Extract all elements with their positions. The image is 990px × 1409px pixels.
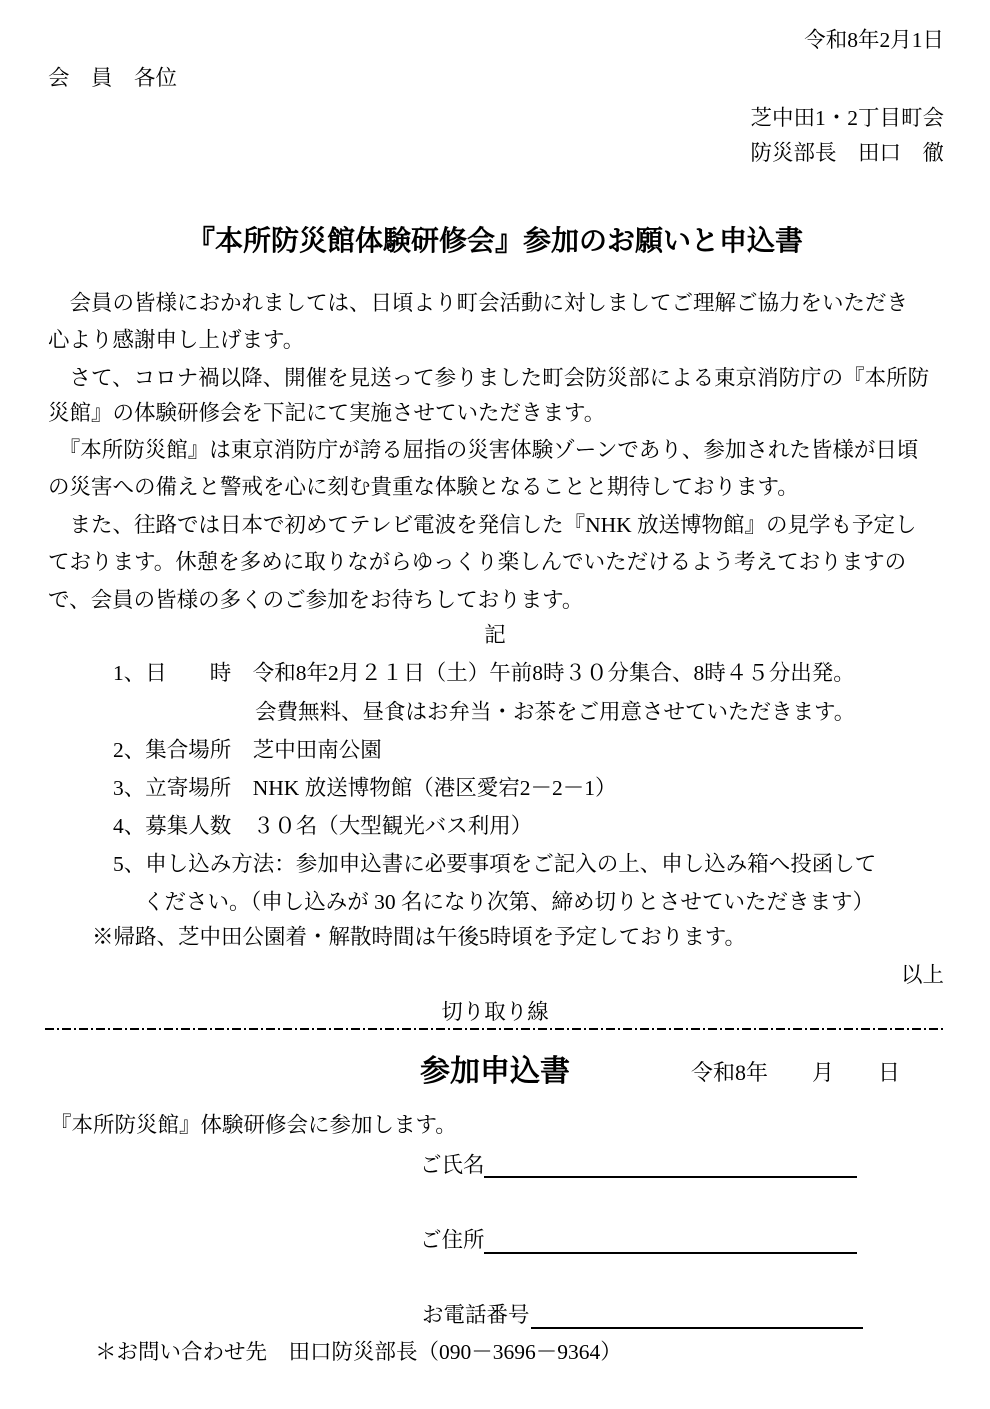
note-line: ※帰路、芝中田公園着・解散時間は午後5時頃を予定しております。 [92, 922, 746, 952]
body-line: の災害への備えと警戒を心に刻む貴重な体験となることと期待しております。 [48, 472, 799, 502]
phone-label: お電話番号 [422, 1300, 530, 1330]
list-line: 会費無料、昼食はお弁当・お茶をご用意させていただきます。 [255, 697, 855, 727]
contact-info: ＊お問い合わせ先 田口防災部長（090－3696－9364） [95, 1337, 622, 1367]
body-line: 『本所防災館』は東京消防庁が誇る屈指の災害体験ゾーンであり、参加された皆様が日頃 [48, 435, 918, 465]
organization: 芝中田1・2丁目町会 [750, 103, 944, 133]
list-line: 5、申し込み方法：参加申込書に必要事項をご記入の上、申し込み箱へ投函して [113, 849, 876, 879]
sender: 防災部長 田口 徹 [750, 138, 944, 168]
recipient: 会 員 各位 [48, 63, 177, 93]
issue-date: 令和8年2月1日 [804, 25, 944, 55]
closing: 以上 [901, 960, 944, 990]
cutline-label: 切り取り線 [0, 997, 990, 1027]
body-line: ております。休憩を多めに取りながらゆっくり楽しんでいただけるよう考えておりますの [48, 547, 906, 577]
list-line: ください。（申し込みが 30 名になり次第、締め切りとさせていただきます） [143, 887, 874, 917]
body-line: で、会員の皆様の多くのご参加をお待ちしております。 [48, 585, 583, 615]
participation-statement: 『本所防災館』体験研修会に参加します。 [50, 1110, 457, 1140]
body-line: また、往路では日本で初めてテレビ電波を発信した『NHK 放送博物館』の見学も予定… [48, 510, 917, 540]
phone-field-line [531, 1327, 863, 1329]
record-marker: 記 [0, 620, 990, 650]
body-line: 心より感謝申し上げます。 [48, 325, 304, 355]
body-line: 災館』の体験研修会を下記にて実施させていただきます。 [48, 398, 605, 428]
list-line: 4、募集人数 ３０名（大型観光バス利用） [113, 811, 532, 841]
form-date: 令和8年 月 日 [691, 1058, 900, 1088]
name-label: ご氏名 [420, 1150, 485, 1180]
cutline-rule [45, 1028, 945, 1030]
body-line: さて、コロナ禍以降、開催を見送って参りました町会防災部による東京消防庁の『本所防 [48, 363, 929, 393]
list-line: 1、日 時 令和8年2月２１日（土）午前8時３０分集合、8時４５分出発。 [113, 658, 855, 688]
body-line: 会員の皆様におかれましては、日頃より町会活動に対しましてご理解ご協力をいただき [48, 288, 908, 318]
address-field-line [484, 1252, 857, 1254]
document-title: 『本所防災館体験研修会』参加のお願いと申込書 [0, 222, 990, 262]
name-field-line [484, 1176, 857, 1178]
document-page: 令和8年2月1日 会 員 各位 芝中田1・2丁目町会 防災部長 田口 徹 『本所… [0, 0, 990, 1409]
list-line: 2、集合場所 芝中田南公園 [113, 735, 382, 765]
list-line: 3、立寄場所 NHK 放送博物館（港区愛宕2－2－1） [113, 773, 616, 803]
address-label: ご住所 [420, 1225, 485, 1255]
